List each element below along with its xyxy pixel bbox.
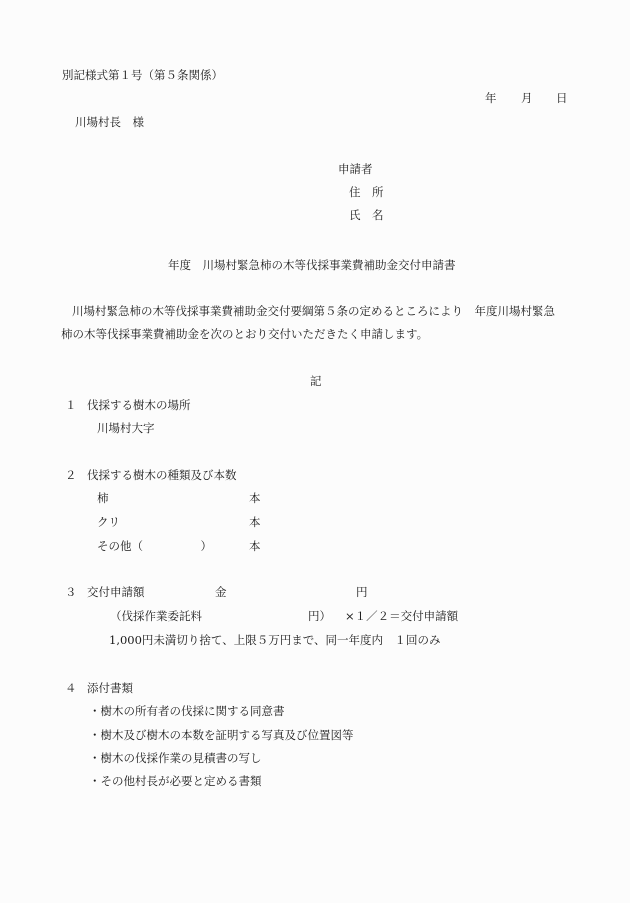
- date-year-label: 年: [485, 91, 497, 105]
- tree-unit-chestnut: 本: [249, 515, 261, 529]
- section-3-title: 交付申請額: [87, 585, 145, 599]
- section-3-number: ３: [65, 585, 77, 599]
- tree-type-other: その他（ ）: [97, 539, 212, 553]
- date-month-label: 月: [521, 91, 533, 105]
- date-day-label: 日: [556, 91, 568, 105]
- section-2-title: 伐採する樹木の種類及び本数: [87, 468, 237, 482]
- applicant-name-label: 氏 名: [349, 208, 384, 222]
- attachment-item: ・樹木の伐採作業の見積書の写し: [89, 751, 262, 765]
- amount-note: 1,000円未満切り捨て、上限５万円まで、同一年度内 １回のみ: [109, 633, 440, 647]
- section-4-title: 添付書類: [87, 681, 133, 695]
- section-4-number: ４: [65, 681, 77, 695]
- ki-heading: 記: [310, 374, 322, 388]
- attachment-item: ・樹木の所有者の伐採に関する同意書: [89, 704, 285, 718]
- tree-unit-persimmon: 本: [249, 491, 261, 505]
- body-line-1: 川場村緊急柿の木等伐採事業費補助金交付要綱第５条の定めるところにより 年度川場村…: [72, 304, 555, 318]
- tree-type-chestnut: クリ: [97, 515, 120, 529]
- amount-prefix: 金: [215, 585, 227, 599]
- formula-unit: 円）: [308, 609, 331, 623]
- document-title: 年度 川場村緊急柿の木等伐採事業費補助金交付申請書: [168, 258, 456, 272]
- section-1-title: 伐採する樹木の場所: [87, 398, 191, 412]
- amount-unit: 円: [356, 585, 368, 599]
- body-line-2: 柿の木等伐採事業費補助金を次のとおり交付いただきたく申請します。: [61, 327, 428, 341]
- section-2-number: ２: [65, 468, 77, 482]
- formula-right: ×１／２＝交付申請額: [345, 609, 458, 623]
- applicant-label: 申請者: [338, 162, 373, 176]
- attachment-item: ・その他村長が必要と定める書類: [89, 774, 262, 788]
- formula-left: （伐採作業委託料: [110, 609, 202, 623]
- applicant-address-label: 住 所: [349, 185, 384, 199]
- section-1-number: １: [65, 398, 77, 412]
- tree-unit-other: 本: [249, 539, 261, 553]
- form-number: 別記様式第１号（第５条関係）: [62, 68, 223, 82]
- addressee: 川場村長 様: [75, 115, 144, 129]
- section-1-location: 川場村大字: [97, 421, 155, 435]
- tree-type-persimmon: 柿: [97, 491, 109, 505]
- attachment-item: ・樹木及び樹木の本数を証明する写真及び位置図等: [89, 728, 354, 742]
